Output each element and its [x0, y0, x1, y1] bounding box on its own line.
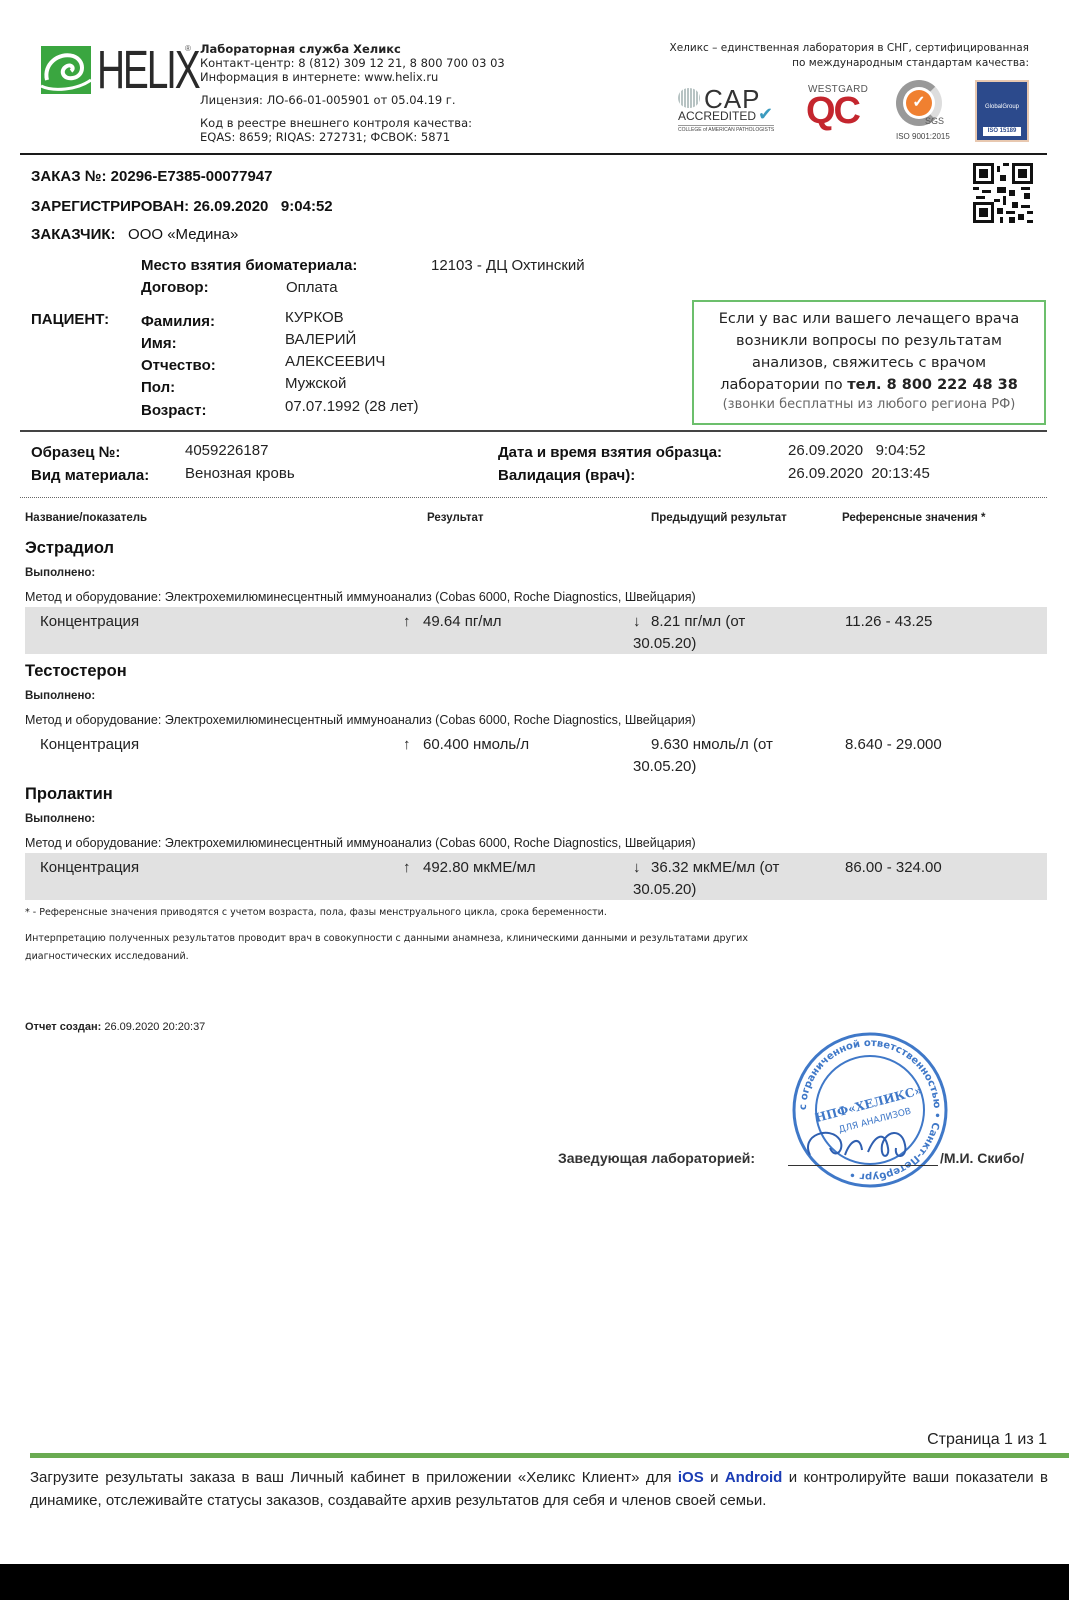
table-row: Концентрация↑60.400 нмоль/л9.630 нмоль/л… — [25, 730, 1047, 777]
doctor-phone[interactable]: тел. 8 800 222 48 38 — [847, 377, 1018, 393]
lab-info: Лабораторная служба Хеликс Контакт-центр… — [200, 42, 505, 144]
checkmark-icon: ✔ — [758, 104, 773, 125]
patient-field-label: Пол: — [141, 379, 175, 396]
reference-note: * - Референсные значения приводятся с уч… — [25, 904, 607, 922]
patient-section-label: ПАЦИЕНТ: — [31, 311, 109, 328]
westgard-qc-logo: WESTGARD QC — [806, 84, 870, 130]
material-value: Венозная кровь — [185, 465, 295, 482]
contact-center: Контакт-центр: 8 (812) 309 12 21, 8 800 … — [200, 56, 505, 70]
page-number: Страница 1 из 1 — [927, 1431, 1047, 1449]
sample-taken-label: Дата и время взятия образца: — [498, 444, 722, 461]
table-row: Концентрация↑49.64 пг/мл↓8.21 пг/мл (от … — [25, 607, 1047, 654]
validation-value: 26.09.2020 20:13:45 — [788, 465, 930, 482]
interpretation-note: Интерпретацию полученных результатов про… — [25, 930, 785, 966]
sampling-place-value: 12103 - ДЦ Охтинский — [431, 257, 585, 274]
contract-value: Оплата — [286, 279, 338, 296]
sample-number: 4059226187 — [185, 442, 268, 459]
globalgroup-iso-logo: GlobalGroup ISO 15189 — [975, 80, 1029, 142]
validation-label: Валидация (врач): — [498, 467, 635, 484]
arrow-down-icon: ↓ — [633, 857, 651, 879]
dotted-divider — [20, 497, 1047, 498]
patient-field-value: ВАЛЕРИЙ — [285, 331, 356, 348]
table-row: Концентрация↑492.80 мкМЕ/мл↓36.32 мкМЕ/м… — [25, 853, 1047, 900]
parameter-name: Концентрация — [40, 611, 139, 633]
test-name: Пролактин — [25, 785, 113, 804]
parameter-name: Концентрация — [40, 734, 139, 756]
helix-swirl-icon — [41, 46, 91, 94]
sample-taken-value: 26.09.2020 9:04:52 — [788, 442, 926, 459]
patient-field-value: 07.07.1992 (28 лет) — [285, 398, 419, 415]
previous-result: 9.630 нмоль/л (от 30.05.20) — [633, 734, 803, 778]
patient-field-value: Мужской — [285, 375, 346, 392]
app-promo: Загрузите результаты заказа в ваш Личный… — [30, 1466, 1048, 1512]
patient-field-value: КУРКОВ — [285, 309, 344, 326]
previous-result: ↓36.32 мкМЕ/мл (от 30.05.20) — [633, 857, 803, 901]
ios-link[interactable]: iOS — [678, 1469, 704, 1486]
patient-field-label: Отчество: — [141, 357, 216, 374]
certification-text: Хеликс – единственная лаборатория в СНГ,… — [670, 41, 1029, 71]
patient-field-label: Имя: — [141, 335, 177, 352]
previous-result: ↓8.21 пг/мл (от 30.05.20) — [633, 611, 803, 655]
license: Лицензия: ЛО-66-01-005901 от 05.04.19 г. — [200, 93, 505, 107]
quality-registry-label: Код в реестре внешнего контроля качества… — [200, 116, 505, 130]
helix-logo: HELIX ® — [41, 44, 191, 96]
lab-stamp: с ограниченной ответственностью • Санкт-… — [790, 1030, 950, 1190]
header-result: Результат — [427, 512, 483, 524]
check-badge-icon: ✓ — [906, 90, 932, 116]
arrow-up-icon: ↑ — [403, 857, 423, 879]
reference-range: 86.00 - 324.00 — [845, 857, 942, 879]
section-divider — [20, 430, 1047, 432]
order-number: ЗАКАЗ №: 20296-E7385-00077947 — [31, 168, 273, 185]
test-name: Тестостерон — [25, 662, 127, 681]
test-method: Метод и оборудование: Электрохемилюминес… — [25, 836, 696, 850]
parameter-name: Концентрация — [40, 857, 139, 879]
report-created: Отчет создан: 26.09.2020 20:20:37 — [25, 1021, 205, 1033]
qr-code[interactable] — [973, 162, 1033, 224]
signature-name: /М.И. Скибо/ — [940, 1150, 1024, 1166]
signature-title: Заведующая лабораторией: — [558, 1150, 755, 1166]
doctor-contact-box: Если у вас или вашего лечащего врача воз… — [692, 300, 1046, 425]
sample-number-label: Образец №: — [31, 444, 120, 461]
patient-field-label: Фамилия: — [141, 313, 215, 330]
footer-divider — [30, 1453, 1069, 1458]
header-previous: Предыдущий результат — [651, 512, 787, 524]
test-status: Выполнено: — [25, 813, 95, 825]
material-label: Вид материала: — [31, 467, 149, 484]
patient-field-label: Возраст: — [141, 402, 206, 419]
signature-line — [788, 1165, 938, 1166]
website-info: Информация в интернете: www.helix.ru — [200, 70, 505, 84]
arrow-up-icon: ↑ — [403, 611, 423, 633]
patient-field-value: АЛЕКСЕЕВИЧ — [285, 353, 385, 370]
test-name: Эстрадиол — [25, 539, 114, 558]
sgs-iso-logo: ✓ SGS ISO 9001:2015 — [892, 80, 956, 142]
test-status: Выполнено: — [25, 567, 95, 579]
test-method: Метод и оборудование: Электрохемилюминес… — [25, 590, 696, 604]
contract-label: Договор: — [141, 279, 209, 296]
cap-globe-icon — [678, 88, 700, 108]
result-value: ↑49.64 пг/мл — [403, 611, 502, 633]
order-customer: ЗАКАЗЧИК: ООО «Медина» — [31, 226, 238, 243]
cap-accredited-logo: CAP ACCREDITED ✔ COLLEGE of AMERICAN PAT… — [678, 84, 786, 134]
header-name: Название/показатель — [25, 512, 147, 524]
quality-codes: EQAS: 8659; RIQAS: 272731; ФСВОК: 5871 — [200, 130, 505, 144]
sampling-place-label: Место взятия биоматериала: — [141, 257, 357, 274]
result-value: ↑492.80 мкМЕ/мл — [403, 857, 536, 879]
bottom-bar — [0, 1564, 1069, 1600]
reference-range: 8.640 - 29.000 — [845, 734, 942, 756]
lab-name: Лабораторная служба Хеликс — [200, 42, 505, 56]
arrow-down-icon: ↓ — [633, 611, 651, 633]
test-status: Выполнено: — [25, 690, 95, 702]
reference-range: 11.26 - 43.25 — [845, 611, 932, 633]
arrow-up-icon: ↑ — [403, 734, 423, 756]
order-registered: ЗАРЕГИСТРИРОВАН: 26.09.2020 9:04:52 — [31, 198, 333, 215]
android-link[interactable]: Android — [725, 1469, 783, 1486]
header-reference: Референсные значения * — [842, 512, 985, 524]
test-method: Метод и оборудование: Электрохемилюминес… — [25, 713, 696, 727]
header-divider — [20, 153, 1047, 155]
result-value: ↑60.400 нмоль/л — [403, 734, 529, 756]
